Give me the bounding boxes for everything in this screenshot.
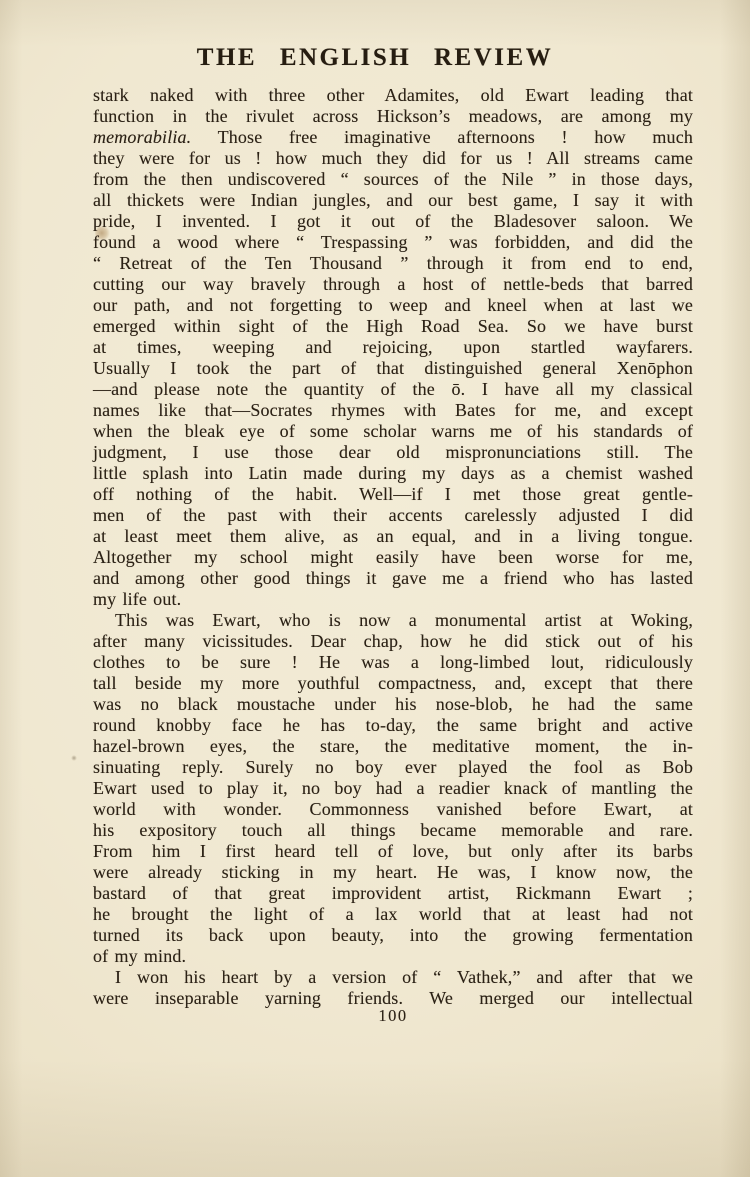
- text-line: when the bleak eye of some scholar warns…: [93, 421, 693, 442]
- text-line: pride, I invented. I got it out of the B…: [93, 211, 693, 232]
- text-line: cutting our way bravely through a host o…: [93, 274, 693, 295]
- text-line: our path, and not forgetting to weep and…: [93, 295, 693, 316]
- text-line: off nothing of the habit. Well—if I met …: [93, 484, 693, 505]
- text-line: little splash into Latin made during my …: [93, 463, 693, 484]
- text-line: Altogether my school might easily have b…: [93, 547, 693, 568]
- text-line: tall beside my more youthful compactness…: [93, 673, 693, 694]
- text-line: from the then undiscovered “ sources of …: [93, 169, 693, 190]
- text-line: From him I first heard tell of love, but…: [93, 841, 693, 862]
- text-line: was no black moustache under his nose-bl…: [93, 694, 693, 715]
- text-line: Usually I took the part of that distingu…: [93, 358, 693, 379]
- text-line: names like that—Socrates rhymes with Bat…: [93, 400, 693, 421]
- text-line: were already sticking in my heart. He wa…: [93, 862, 693, 883]
- text-line: round knobby face he has to-day, the sam…: [93, 715, 693, 736]
- text-line: Ewart used to play it, no boy had a read…: [93, 778, 693, 799]
- text-line: after many vicissitudes. Dear chap, how …: [93, 631, 693, 652]
- text-line: they were for us ! how much they did for…: [93, 148, 693, 169]
- text-line: turned its back upon beauty, into the gr…: [93, 925, 693, 946]
- text-line-paragraph-end: of my mind.: [93, 946, 693, 967]
- text-line: all thickets were Indian jungles, and ou…: [93, 190, 693, 211]
- text-line: his expository touch all things became m…: [93, 820, 693, 841]
- text-line-rest: Those free imaginative afternoons ! how …: [218, 127, 693, 147]
- text-line: found a wood where “ Trespassing ” was f…: [93, 232, 693, 253]
- text-line-paragraph-start: I won his heart by a version of “ Vathek…: [93, 967, 693, 988]
- page-number: 100: [93, 1006, 693, 1026]
- text-line: judgment, I use those dear old mispronun…: [93, 442, 693, 463]
- scanned-book-page: THE ENGLISH REVIEW stark naked with thre…: [0, 0, 750, 1177]
- text-line: “ Retreat of the Ten Thousand ” through …: [93, 253, 693, 274]
- text-line: sinuating reply. Surely no boy ever play…: [93, 757, 693, 778]
- text-line: world with wonder. Commonness vanished b…: [93, 799, 693, 820]
- text-line-paragraph-end: my life out.: [93, 589, 693, 610]
- text-line: at least meet them alive, as an equal, a…: [93, 526, 693, 547]
- italic-term: memorabilia.: [93, 127, 191, 147]
- text-line: hazel-brown eyes, the stare, the meditat…: [93, 736, 693, 757]
- text-line: emerged within sight of the High Road Se…: [93, 316, 693, 337]
- text-line: he brought the light of a lax world that…: [93, 904, 693, 925]
- text-line: at times, weeping and rejoicing, upon st…: [93, 337, 693, 358]
- text-line-paragraph-start: This was Ewart, who is now a monumental …: [93, 610, 693, 631]
- body-text: stark naked with three other Adamites, o…: [93, 85, 693, 1009]
- foxing-spot-small: [71, 755, 77, 761]
- text-line: men of the past with their accents carel…: [93, 505, 693, 526]
- text-line: bastard of that great improvident artist…: [93, 883, 693, 904]
- text-line: memorabilia. Those free imaginative afte…: [93, 127, 693, 148]
- running-header: THE ENGLISH REVIEW: [75, 44, 675, 72]
- text-line: —and please note the quantity of the ō. …: [93, 379, 693, 400]
- text-line: and among other good things it gave me a…: [93, 568, 693, 589]
- text-line: stark naked with three other Adamites, o…: [93, 85, 693, 106]
- text-line: clothes to be sure ! He was a long-limbe…: [93, 652, 693, 673]
- text-line: function in the rivulet across Hickson’s…: [93, 106, 693, 127]
